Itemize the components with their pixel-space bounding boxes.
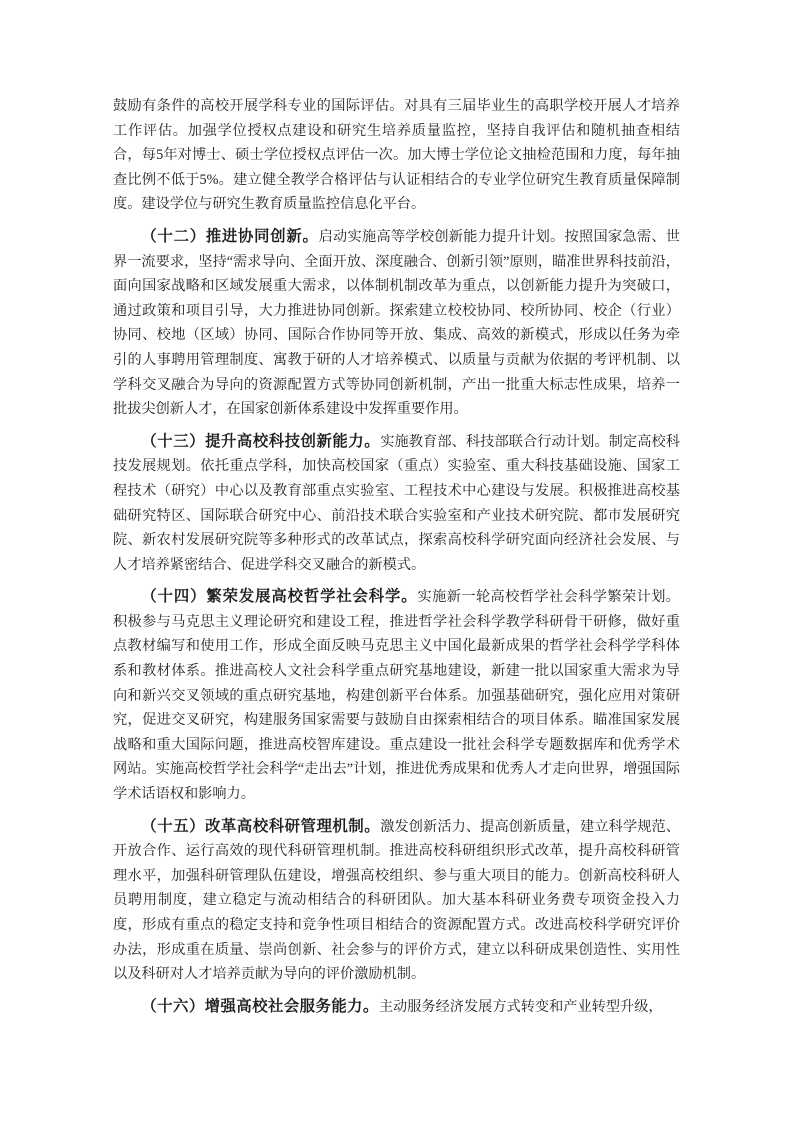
paragraph-text: 启动实施高等学校创新能力提升计划。按照国家急需、世界一流要求，坚持“需求导向、全…: [113, 229, 680, 417]
paragraph-section-12: （十二）推进协同创新。启动实施高等学校创新能力提升计划。按照国家急需、世界一流要…: [113, 225, 680, 422]
paragraph-section-14: （十四）繁荣发展高校哲学社会科学。实施新一轮高校哲学社会科学繁荣计划。积极参与马…: [113, 585, 680, 806]
section-heading-15: （十五）改革高校科研管理机制。: [141, 818, 380, 835]
paragraph-continuation: 鼓励有条件的高校开展学科专业的国际评估。对具有三届毕业生的高职学校开展人才培养工…: [113, 94, 680, 217]
section-heading-12: （十二）推进协同创新。: [141, 228, 318, 245]
document-body: 鼓励有条件的高校开展学科专业的国际评估。对具有三届毕业生的高职学校开展人才培养工…: [113, 94, 680, 1027]
paragraph-section-15: （十五）改革高校科研管理机制。激发创新活力、提高创新质量，建立科学规范、开放合作…: [113, 815, 680, 987]
paragraph-text: 激发创新活力、提高创新质量，建立科学规范、开放合作、运行高效的现代科研管理机制。…: [113, 819, 680, 983]
document-page: 鼓励有条件的高校开展学科专业的国际评估。对具有三届毕业生的高职学校开展人才培养工…: [0, 0, 793, 1122]
paragraph-section-13: （十三）提升高校科技创新能力。实施教育部、科技部联合行动计划。制定高校科技发展规…: [113, 430, 680, 578]
paragraph-section-16: （十六）增强高校社会服务能力。主动服务经济发展方式转变和产业转型升级，: [113, 995, 680, 1020]
section-heading-14: （十四）繁荣发展高校哲学社会科学。: [141, 588, 417, 605]
paragraph-text: 鼓励有条件的高校开展学科专业的国际评估。对具有三届毕业生的高职学校开展人才培养工…: [113, 98, 680, 212]
section-heading-13: （十三）提升高校科技创新能力。: [141, 433, 380, 450]
paragraph-text: 实施新一轮高校哲学社会科学繁荣计划。积极参与马克思主义理论研究和建设工程，推进哲…: [113, 589, 680, 802]
paragraph-text: 实施教育部、科技部联合行动计划。制定高校科技发展规划。依托重点学科，加快高校国家…: [113, 434, 680, 573]
section-heading-16: （十六）增强高校社会服务能力。: [141, 998, 378, 1015]
paragraph-text: 主动服务经济发展方式转变和产业转型升级，: [379, 999, 663, 1015]
